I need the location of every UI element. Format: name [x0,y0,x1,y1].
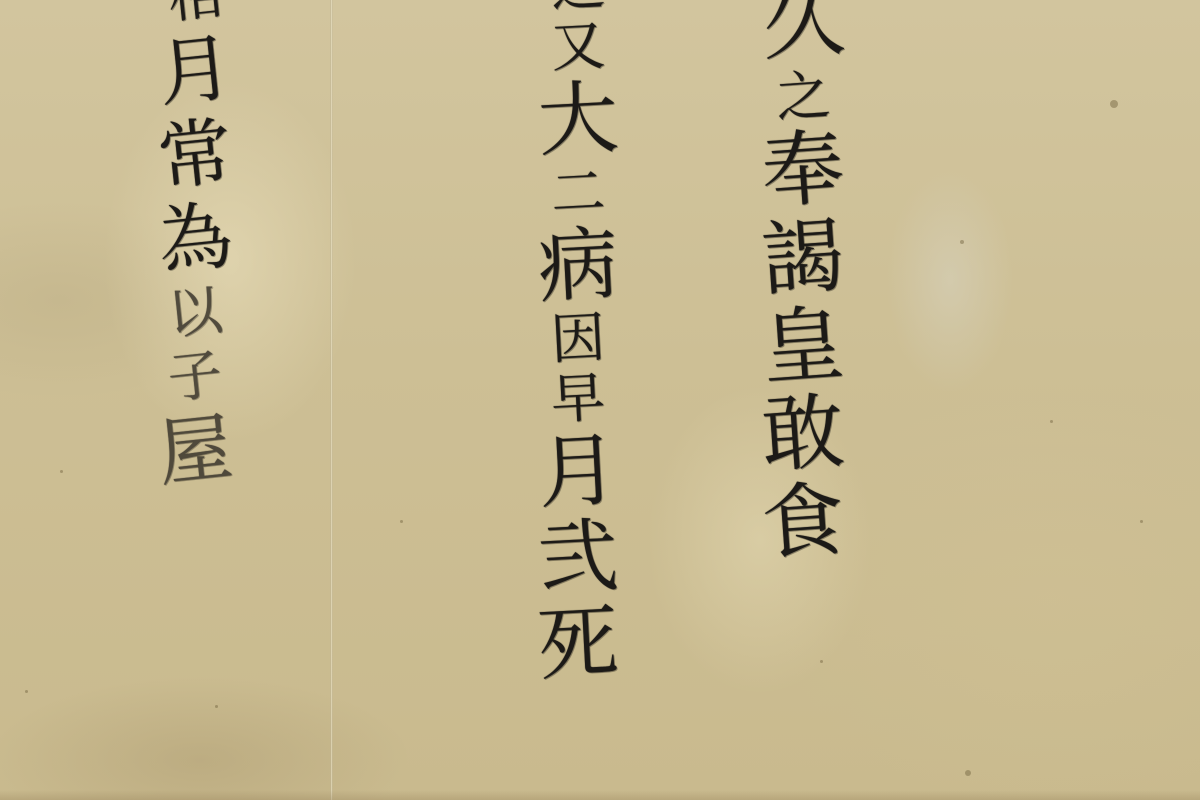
calligraphy-character: 子 [165,347,224,406]
calligraphy-character: 二 [550,165,607,222]
calligraphy-character: 大 [536,78,620,162]
calligraphy-character: 奉 [759,127,847,215]
calligraphy-character: 謁 [759,215,847,303]
calligraphy-character: 早 [550,371,607,428]
paper-speck [215,705,218,708]
paper-speck [1110,100,1118,108]
calligraphy-character: 又 [550,19,607,76]
paper-speck [1050,420,1053,423]
calligraphy-column-middle: 之 又 大 二 病 因 早 月 弐 死 [508,0,648,690]
calligraphy-character: 常 [154,114,235,195]
paper-fold-line [330,0,333,800]
calligraphy-character: 以 [165,283,224,342]
calligraphy-character: 月 [536,430,620,514]
calligraphy-character: 久 [759,0,847,67]
calligraphy-character: 屋 [154,410,235,491]
calligraphy-column-left: 相 月 常 為 以 子 屋 [130,0,260,498]
calligraphy-character: 敢 [759,391,847,479]
calligraphy-character: 病 [536,224,620,308]
paper-speck [25,690,28,693]
paper-bottom-edge [0,790,1200,800]
aged-paper-document: 久 之 奉 謁 皇 敢 食 之 又 大 二 病 因 早 月 弐 死 相 月 常 … [0,0,1200,800]
calligraphy-character: 月 [154,30,235,111]
paper-speck [60,470,63,473]
calligraphy-character: 相 [165,0,224,27]
calligraphy-character: 之 [774,68,832,126]
paper-speck [965,770,971,776]
calligraphy-character: 皇 [759,303,847,391]
calligraphy-character: 食 [759,479,847,567]
calligraphy-character: 死 [536,602,620,686]
paper-speck [960,240,964,244]
paper-speck [1140,520,1143,523]
paper-speck [820,660,823,663]
paper-speck [400,520,403,523]
calligraphy-column-right: 久 之 奉 謁 皇 敢 食 [728,0,878,570]
calligraphy-character: 弐 [536,516,620,600]
calligraphy-character: 因 [550,311,607,368]
calligraphy-character: 為 [154,198,235,279]
